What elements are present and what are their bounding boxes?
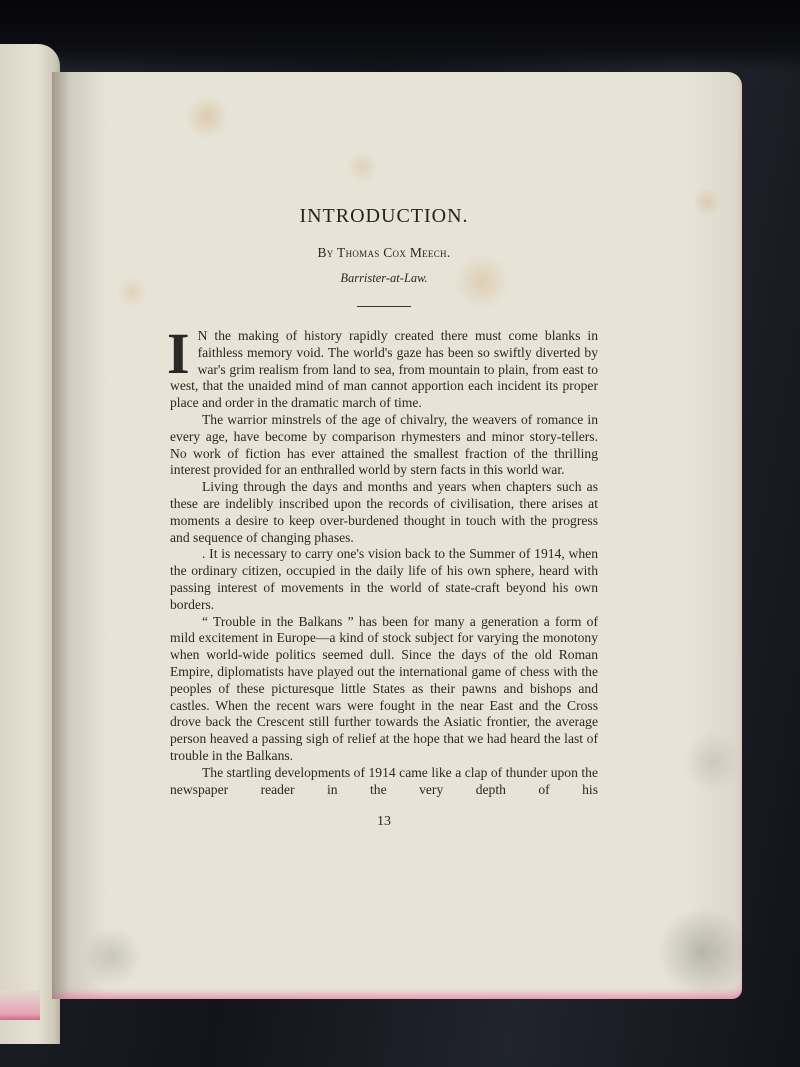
paragraph-2: The warrior minstrels of the age of chiv… xyxy=(170,412,598,479)
body-text: IN the making of history rapidly created… xyxy=(170,328,598,798)
author-byline: By Thomas Cox Meech. xyxy=(170,245,598,261)
section-divider xyxy=(357,306,411,307)
page-number: 13 xyxy=(170,814,598,830)
page-gutter-shadow xyxy=(52,72,70,999)
page-content: INTRODUCTION. By Thomas Cox Meech. Barri… xyxy=(170,200,598,830)
background-cloth xyxy=(0,0,800,70)
paragraph-3: Living through the days and months and y… xyxy=(170,479,598,546)
paragraph-1: IN the making of history rapidly created… xyxy=(170,328,598,412)
paragraph-1-text: N the making of history rapidly created … xyxy=(170,328,598,410)
left-page-edge xyxy=(0,44,60,1044)
paragraph-6: The startling developments of 1914 came … xyxy=(170,765,598,799)
paragraph-4: . It is necessary to carry one's vision … xyxy=(170,546,598,613)
paragraph-5: “ Trouble in the Balkans ” has been for … xyxy=(170,614,598,765)
left-page-stained-edge xyxy=(0,990,40,1020)
author-credential: Barrister-at-Law. xyxy=(170,271,598,286)
drop-cap: I xyxy=(167,331,190,377)
chapter-heading: INTRODUCTION. xyxy=(170,205,598,228)
